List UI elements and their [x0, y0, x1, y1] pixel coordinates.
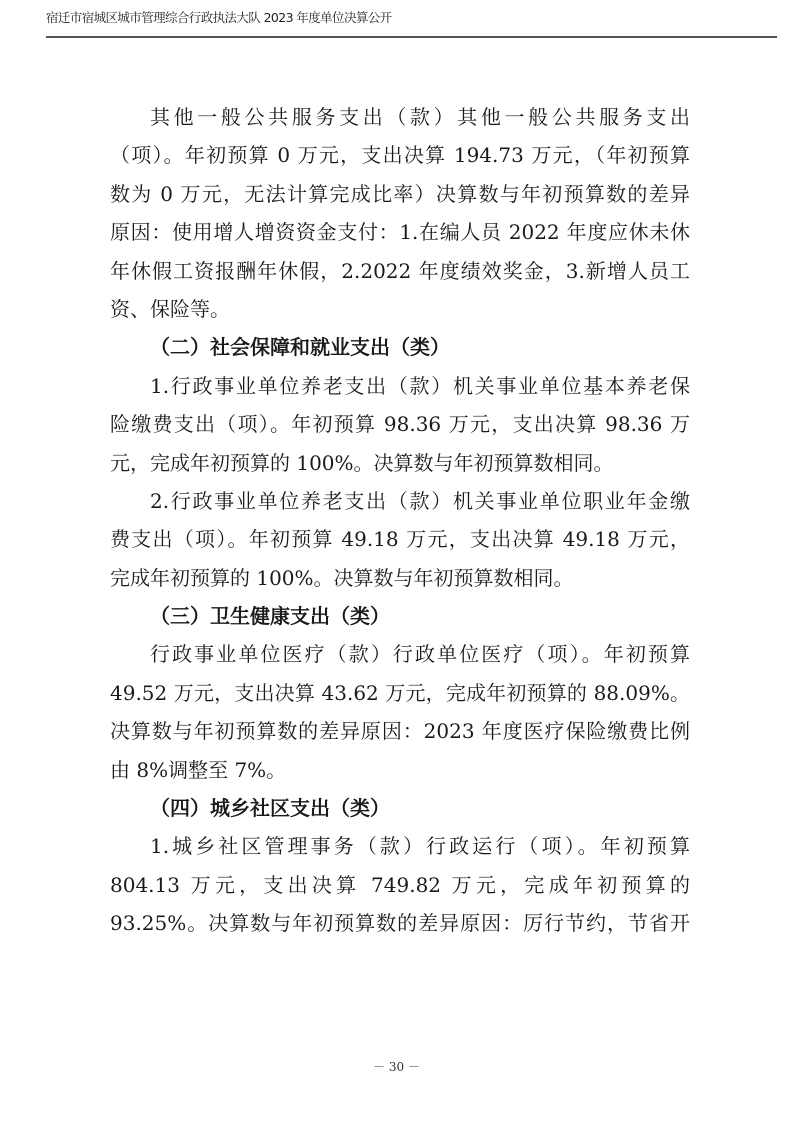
text-line: 完成年初预算的 100%。决算数与年初预算数相同。 [110, 559, 690, 597]
text-line: 元，完成年初预算的 100%。决算数与年初预算数相同。 [110, 444, 690, 482]
paragraph-administrative-medical: 行政事业单位医疗（款）行政单位医疗（项）。年初预算 49.52 万元，支出决算 … [110, 635, 690, 789]
section-heading-social-security: （二）社会保障和就业支出（类） [110, 328, 690, 366]
text-line: 804.13 万元，支出决算 749.82 万元，完成年初预算的 [110, 866, 690, 904]
section-heading-health: （三）卫生健康支出（类） [110, 597, 690, 635]
text-line: 1.城乡社区管理事务（款）行政运行（项）。年初预算 [110, 827, 690, 865]
text-line: 资、保险等。 [110, 290, 690, 328]
text-line: 年休假工资报酬年休假，2.2022 年度绩效奖金，3.新增人员工 [110, 252, 690, 290]
page-number: － 30 － [0, 1058, 793, 1075]
paragraph-community-administration: 1.城乡社区管理事务（款）行政运行（项）。年初预算 804.13 万元，支出决算… [110, 827, 690, 942]
text-line: 决算数与年初预算数的差异原因：2023 年度医疗保险缴费比例 [110, 712, 690, 750]
text-line: 费支出（项）。年初预算 49.18 万元，支出决算 49.18 万元， [110, 520, 690, 558]
text-line: 行政事业单位医疗（款）行政单位医疗（项）。年初预算 [110, 635, 690, 673]
text-line: （项）。年初预算 0 万元，支出决算 194.73 万元，（年初预算 [110, 136, 690, 174]
header-divider [46, 36, 777, 38]
document-header-title: 宿迁市宿城区城市管理综合行政执法大队 2023 年度单位决算公开 [46, 8, 478, 26]
paragraph-occupational-annuity: 2.行政事业单位养老支出（款）机关事业单位职业年金缴 费支出（项）。年初预算 4… [110, 482, 690, 597]
paragraph-basic-pension-insurance: 1.行政事业单位养老支出（款）机关事业单位基本养老保 险缴费支出（项）。年初预算… [110, 367, 690, 482]
text-line: 险缴费支出（项）。年初预算 98.36 万元，支出决算 98.36 万 [110, 405, 690, 443]
text-line: 其他一般公共服务支出（款）其他一般公共服务支出 [110, 98, 690, 136]
text-line: 原因：使用增人增资资金支付：1.在编人员 2022 年度应休未休 [110, 213, 690, 251]
section-heading-urban-rural-community: （四）城乡社区支出（类） [110, 789, 690, 827]
text-line: 49.52 万元，支出决算 43.62 万元，完成年初预算的 88.09%。 [110, 674, 690, 712]
text-line: 数为 0 万元，无法计算完成比率）决算数与年初预算数的差异 [110, 175, 690, 213]
text-line: 93.25%。决算数与年初预算数的差异原因：厉行节约，节省开 [110, 904, 690, 942]
text-line: 2.行政事业单位养老支出（款）机关事业单位职业年金缴 [110, 482, 690, 520]
document-body: 其他一般公共服务支出（款）其他一般公共服务支出 （项）。年初预算 0 万元，支出… [110, 98, 690, 943]
text-line: 由 8%调整至 7%。 [110, 751, 690, 789]
text-line: 1.行政事业单位养老支出（款）机关事业单位基本养老保 [110, 367, 690, 405]
paragraph-other-general-public-services: 其他一般公共服务支出（款）其他一般公共服务支出 （项）。年初预算 0 万元，支出… [110, 98, 690, 328]
